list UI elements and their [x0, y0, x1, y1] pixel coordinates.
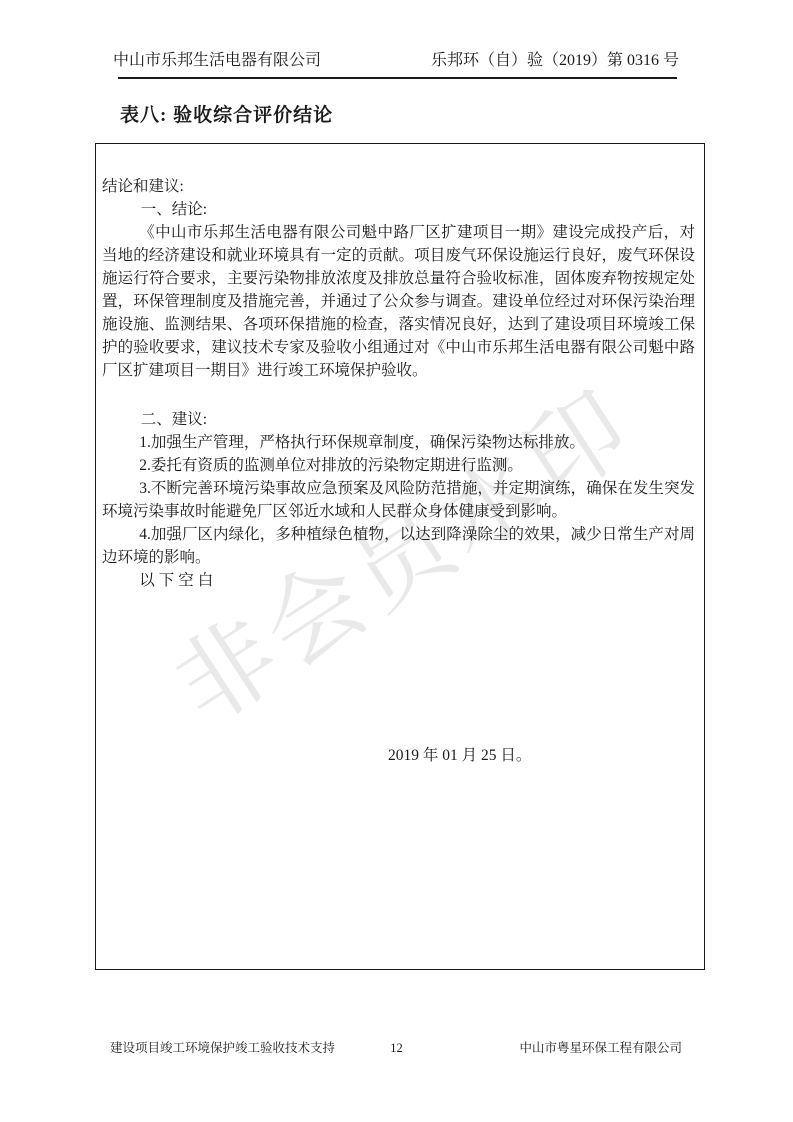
document-page: 中山市乐邦生活电器有限公司 乐邦环（自）验（2019）第 0316 号 表八: …: [0, 0, 793, 1122]
suggestion-item-1: 1.加强生产管理，严格执行环保规章制度，确保污染物达标排放。: [102, 431, 695, 454]
header-doc-number: 乐邦环（自）验（2019）第 0316 号: [431, 50, 679, 72]
conclusion-box: 结论和建议: 一、结论: 《中山市乐邦生活电器有限公司魁中路厂区扩建项目一期》建…: [95, 143, 705, 970]
suggestion-heading: 二、建议:: [102, 408, 695, 431]
blank-below-note: 以下空白: [102, 569, 695, 592]
page-footer: 建设项目竣工环境保护竣工验收技术支持 12 中山市粤星环保工程有限公司: [0, 1038, 793, 1058]
header-divider: [118, 77, 677, 79]
header-company-name: 中山市乐邦生活电器有限公司: [113, 50, 321, 72]
suggestion-item-3: 3.不断完善环境污染事故应急预案及风险防范措施，并定期演练，确保在发生突发环境污…: [102, 477, 695, 523]
suggestion-item-4: 4.加强厂区内绿化，多种植绿色植物，以达到降澡除尘的效果，减少日常生产对周边环境…: [102, 523, 695, 569]
section-label: 结论和建议:: [102, 175, 695, 198]
page-title: 表八: 验收综合评价结论: [120, 100, 333, 127]
conclusion-heading: 一、结论:: [102, 198, 695, 221]
footer-right-text: 中山市粤星环保工程有限公司: [519, 1038, 682, 1058]
page-header: 中山市乐邦生活电器有限公司 乐邦环（自）验（2019）第 0316 号: [113, 50, 679, 72]
conclusion-paragraph: 《中山市乐邦生活电器有限公司魁中路厂区扩建项目一期》建设完成投产后，对当地的经济…: [102, 221, 695, 382]
suggestion-item-2: 2.委托有资质的监测单位对排放的污染物定期进行监测。: [102, 454, 695, 477]
signature-date: 2019 年 01 月 25 日。: [388, 744, 531, 767]
